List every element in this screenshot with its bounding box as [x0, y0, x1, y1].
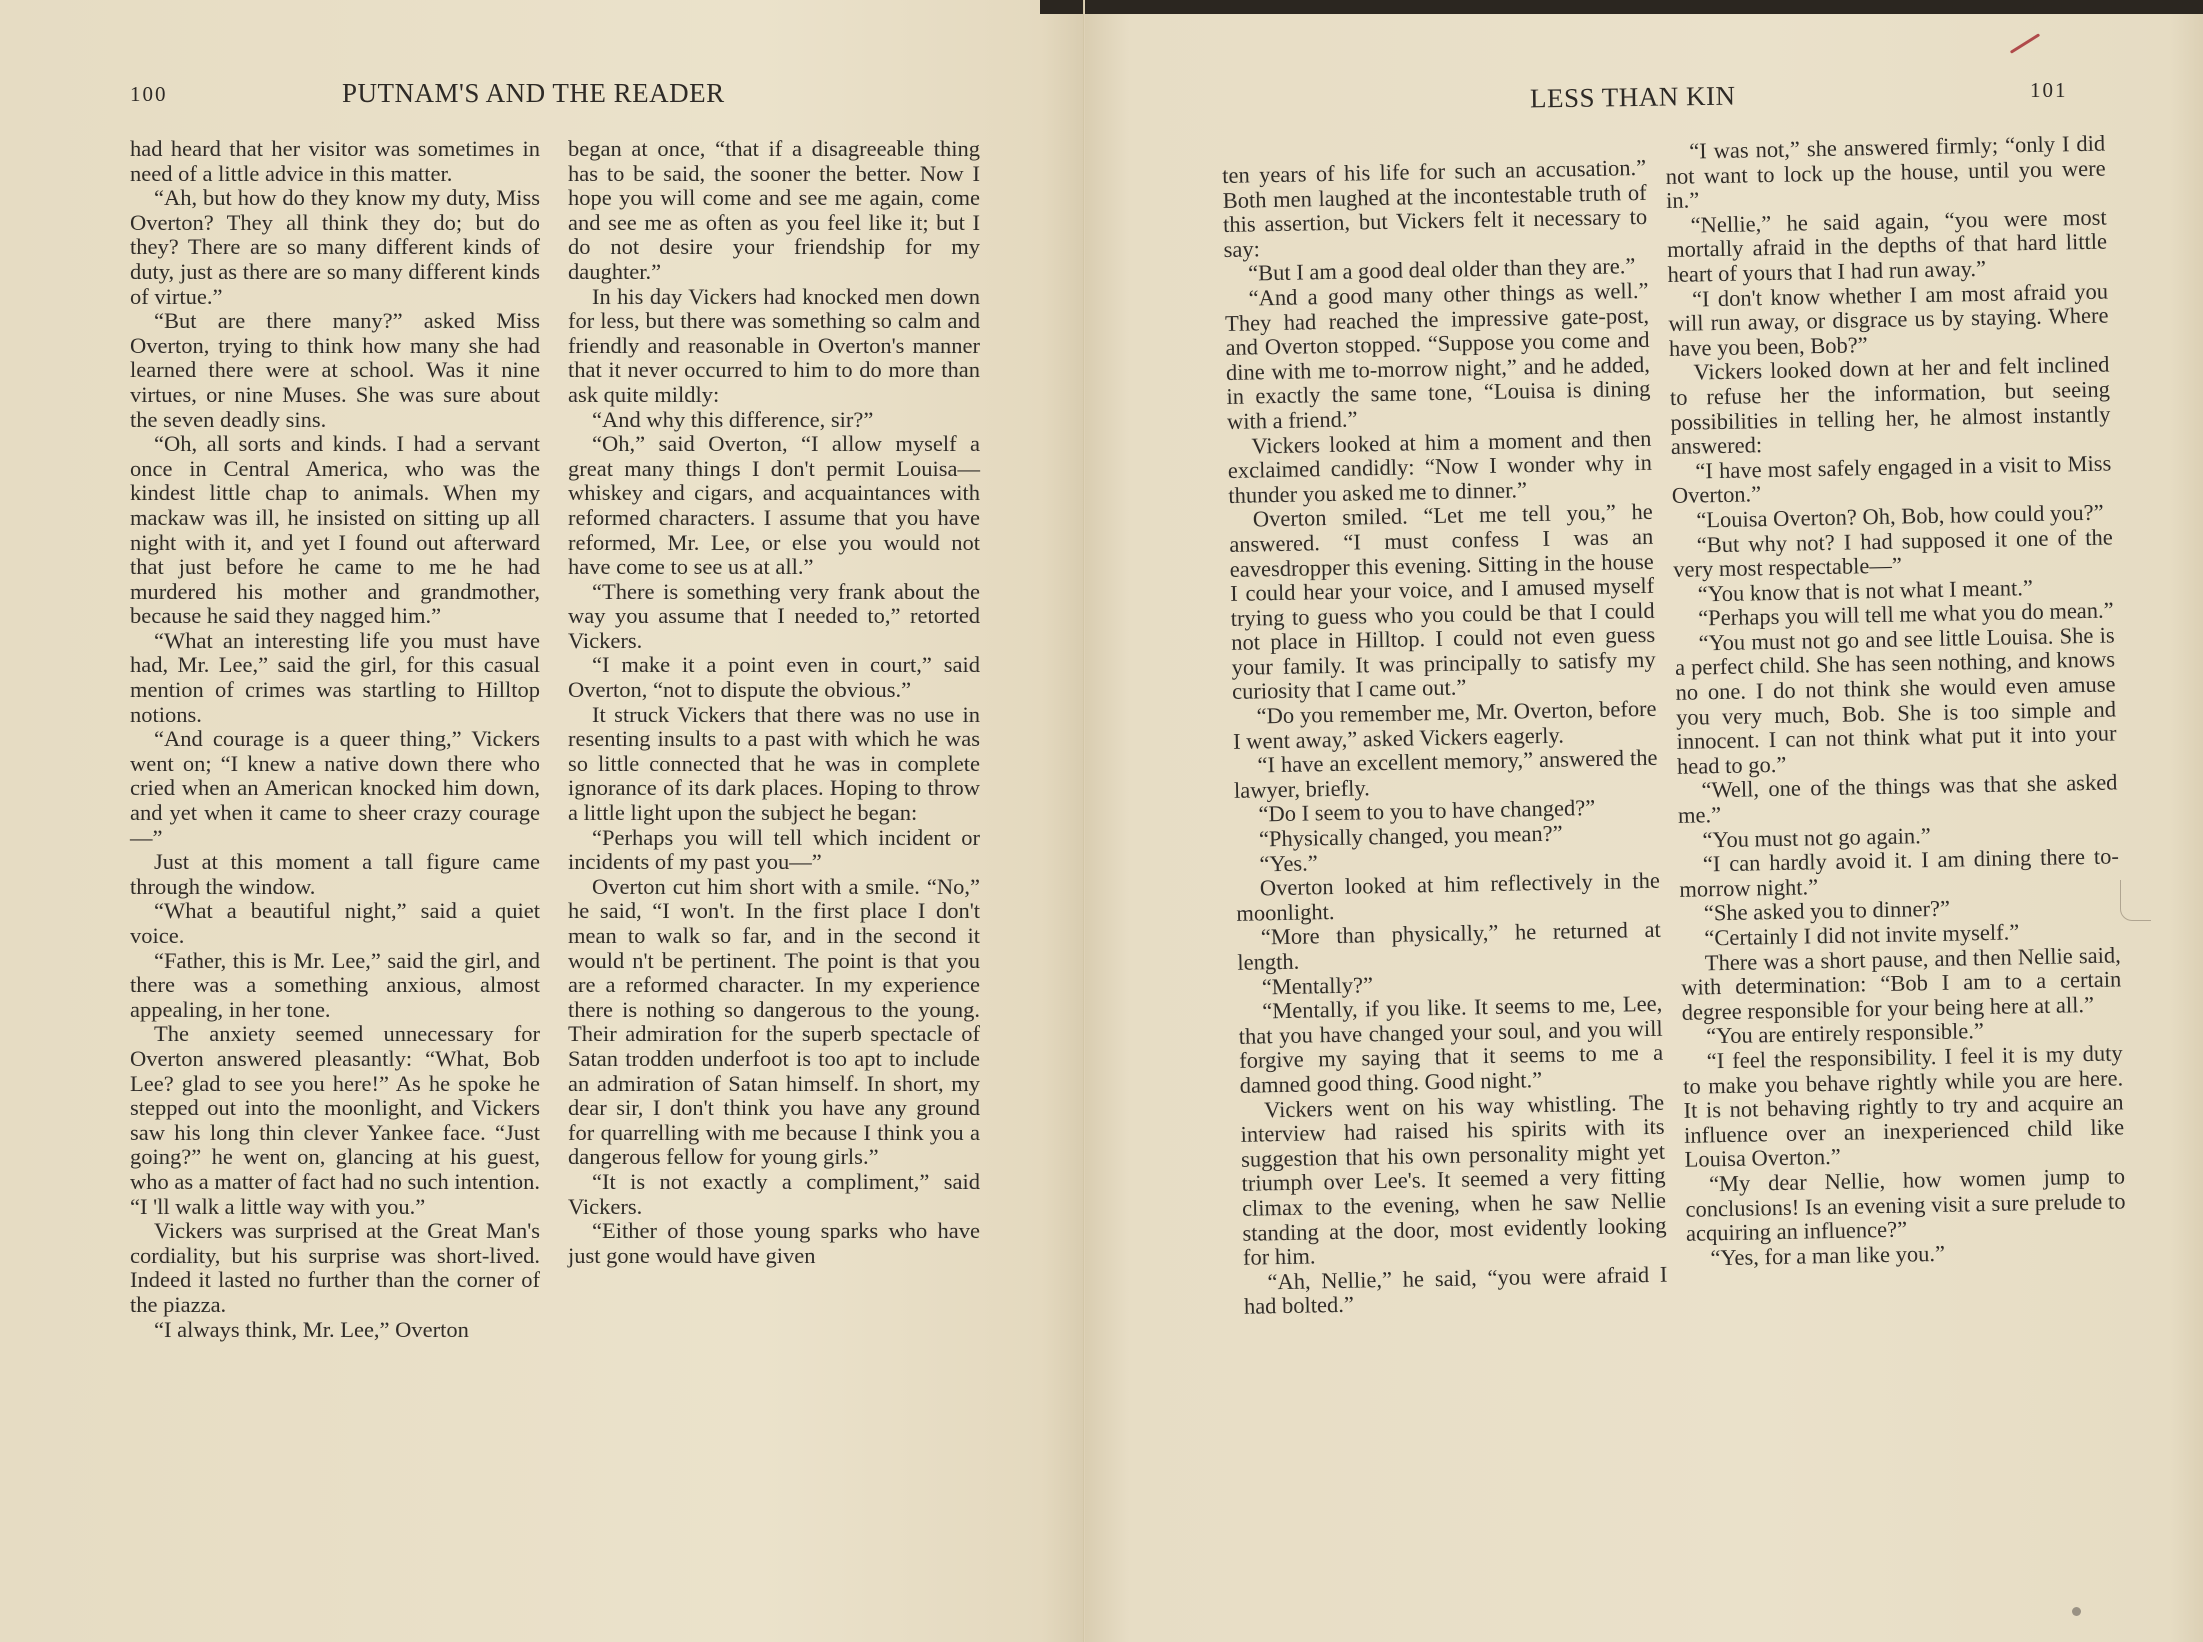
right-page-column-1: ten years of his life for such an accusa…: [1222, 156, 1668, 1320]
paragraph: “But why not? I had supposed it one of t…: [1673, 525, 2114, 583]
left-page: 100 PUTNAM'S AND THE READER had heard th…: [0, 0, 1085, 1642]
paragraph: “Either of those young sparks who have j…: [568, 1219, 980, 1268]
paragraph: “I always think, Mr. Lee,” Overton: [130, 1318, 540, 1343]
paragraph: Vickers went on his way whistling. The i…: [1240, 1090, 1667, 1270]
paragraph: “And a good many other things as well.” …: [1224, 279, 1651, 435]
paragraph: “Ah, Nellie,” he said, “you were afraid …: [1243, 1262, 1668, 1319]
paragraph: Overton smiled. “Let me tell you,” he an…: [1229, 500, 1657, 705]
running-head-right: LESS THAN KIN: [1530, 81, 1736, 115]
paragraph: “It is not exactly a compliment,” said V…: [568, 1170, 980, 1219]
paragraph: began at once, “that if a disagreeable t…: [568, 137, 980, 285]
book-spread: 100 PUTNAM'S AND THE READER had heard th…: [0, 0, 2203, 1642]
paragraph: “Oh,” said Overton, “I allow myself a gr…: [568, 432, 980, 580]
paragraph: “Nellie,” he said again, “you were most …: [1666, 205, 2107, 287]
paper-spot: [2072, 1607, 2081, 1616]
paragraph: It struck Vickers that there was no use …: [568, 703, 980, 826]
paragraph: Vickers looked down at her and felt incl…: [1669, 353, 2111, 460]
stray-hair-mark: [2120, 880, 2151, 921]
paragraph: “You must not go and see little Louisa. …: [1674, 623, 2117, 779]
paragraph: Vickers was surprised at the Great Man's…: [130, 1219, 540, 1317]
paragraph: had heard that her visitor was sometimes…: [130, 137, 540, 186]
paragraph: “My dear Nellie, how women jump to concl…: [1685, 1164, 2126, 1246]
paragraph: “And why this difference, sir?”: [568, 408, 980, 433]
paragraph: “Perhaps you will tell which incident or…: [568, 826, 980, 875]
paragraph: “I feel the responsibility. I feel it is…: [1682, 1041, 2124, 1172]
page-number-right: 101: [2030, 78, 2068, 103]
paragraph: Overton cut him short with a smile. “No,…: [568, 875, 980, 1170]
paragraph: “I make it a point even in court,” said …: [568, 653, 980, 702]
right-page: LESS THAN KIN 101 ten years of his life …: [1085, 0, 2203, 1642]
paragraph: “Father, this is Mr. Lee,” said the girl…: [130, 949, 540, 1023]
right-page-column-2: “I was not,” she answered firmly; “only …: [1665, 132, 2127, 1272]
paragraph: The anxiety seemed unnecessary for Overt…: [130, 1022, 540, 1219]
paragraph: “There is something very frank about the…: [568, 580, 980, 654]
paragraph: “Mentally, if you like. It seems to me, …: [1238, 992, 1664, 1098]
paragraph: “What a beautiful night,” said a quiet v…: [130, 899, 540, 948]
paragraph: “I can hardly avoid it. I am dining ther…: [1679, 845, 2120, 903]
paragraph: “Oh, all sorts and kinds. I had a servan…: [130, 432, 540, 629]
paragraph: “Ah, but how do they know my duty, Miss …: [130, 186, 540, 309]
paragraph: “What an interesting life you must have …: [130, 629, 540, 727]
running-head-left: PUTNAM'S AND THE READER: [342, 78, 725, 109]
page-number-left: 100: [130, 82, 168, 107]
paragraph: “More than physically,” he returned at l…: [1237, 918, 1662, 975]
paragraph: Just at this moment a tall figure came t…: [130, 850, 540, 899]
paragraph: ten years of his life for such an accusa…: [1222, 156, 1648, 262]
paragraph: “Well, one of the things was that she as…: [1677, 771, 2118, 829]
paragraph: In his day Vickers had knocked men down …: [568, 285, 980, 408]
paragraph: “And courage is a queer thing,” Vickers …: [130, 727, 540, 850]
paragraph: There was a short pause, and then Nellie…: [1681, 943, 2122, 1025]
left-page-column-1: had heard that her visitor was sometimes…: [130, 137, 540, 1342]
left-page-column-2: began at once, “that if a disagreeable t…: [568, 137, 980, 1268]
paragraph: “I don't know whether I am most afraid y…: [1668, 279, 2109, 361]
paragraph: Vickers looked at him a moment and then …: [1227, 426, 1652, 508]
paragraph: “But are there many?” asked Miss Overton…: [130, 309, 540, 432]
paragraph: “I was not,” she answered firmly; “only …: [1665, 132, 2106, 214]
